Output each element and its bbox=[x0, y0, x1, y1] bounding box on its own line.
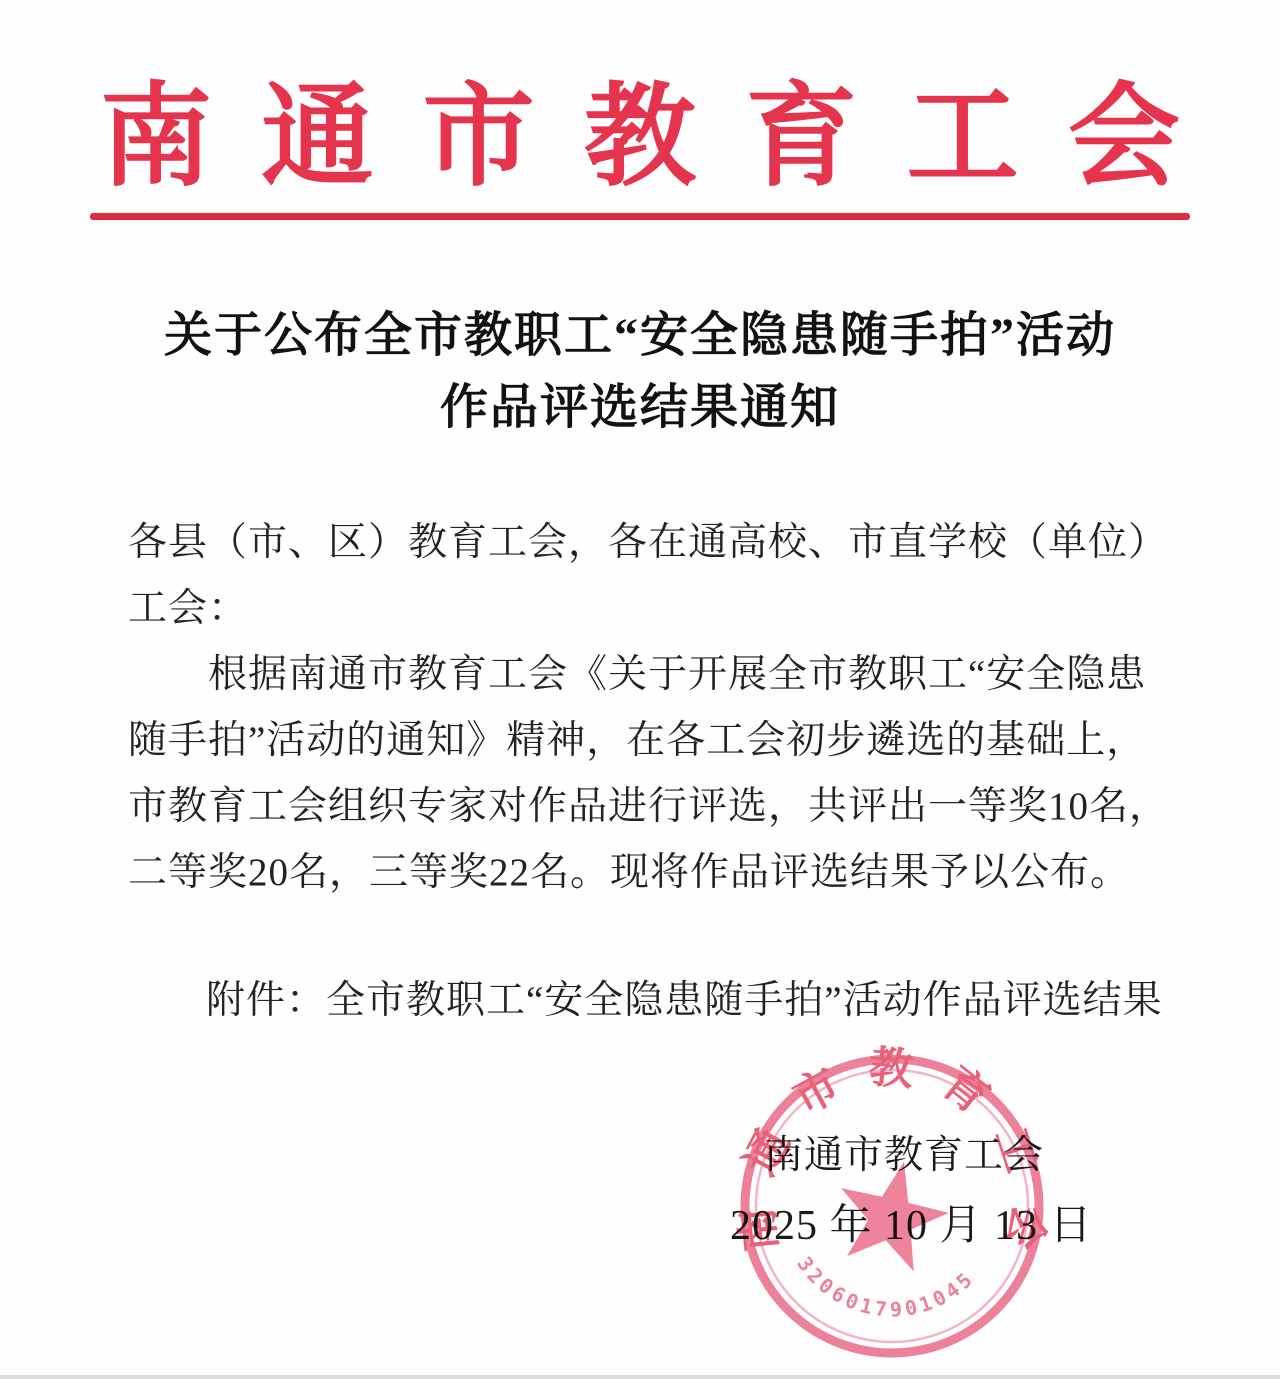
svg-text:3206017901045: 3206017901045 bbox=[788, 1250, 981, 1329]
document-title-line1: 关于公布全市教职工“安全隐患随手拍”活动 bbox=[80, 300, 1200, 372]
seal-star-icon bbox=[827, 1149, 958, 1276]
document-title-line2: 作品评选结果通知 bbox=[80, 372, 1200, 444]
document-body: 各县（市、区）教育工会，各在通高校、市直学校（单位） 工会： 根据南通市教育工会… bbox=[128, 510, 1158, 906]
letterhead-divider-line bbox=[90, 213, 1190, 220]
body-line: 各县（市、区）教育工会，各在通高校、市直学校（单位） bbox=[128, 510, 1158, 576]
seal-code-text: 3206017901045 bbox=[788, 1250, 981, 1329]
letterhead-org-name: 南通市教育工会 bbox=[100, 72, 1180, 204]
official-seal: 南通市教育工会 3206017901045 bbox=[719, 1033, 1066, 1379]
body-line: 根据南通市教育工会《关于开展全市教职工“安全隐患 bbox=[128, 642, 1158, 708]
body-line: 二等奖20名，三等奖22名。现将作品评选结果予以公布。 bbox=[128, 840, 1158, 906]
attachment-line: 附件：全市教职工“安全隐患随手拍”活动作品评选结果 bbox=[206, 976, 1206, 1026]
body-line: 随手拍”活动的通知》精神，在各工会初步遴选的基础上， bbox=[128, 708, 1158, 774]
body-line: 市教育工会组织专家对作品进行评选，共评出一等奖10名， bbox=[128, 774, 1158, 840]
document-page: 南通市教育工会 关于公布全市教职工“安全隐患随手拍”活动 作品评选结果通知 各县… bbox=[0, 0, 1280, 1379]
body-line: 工会： bbox=[128, 576, 1158, 642]
scan-bottom-edge bbox=[0, 1375, 1280, 1379]
document-title: 关于公布全市教职工“安全隐患随手拍”活动 作品评选结果通知 bbox=[80, 300, 1200, 444]
